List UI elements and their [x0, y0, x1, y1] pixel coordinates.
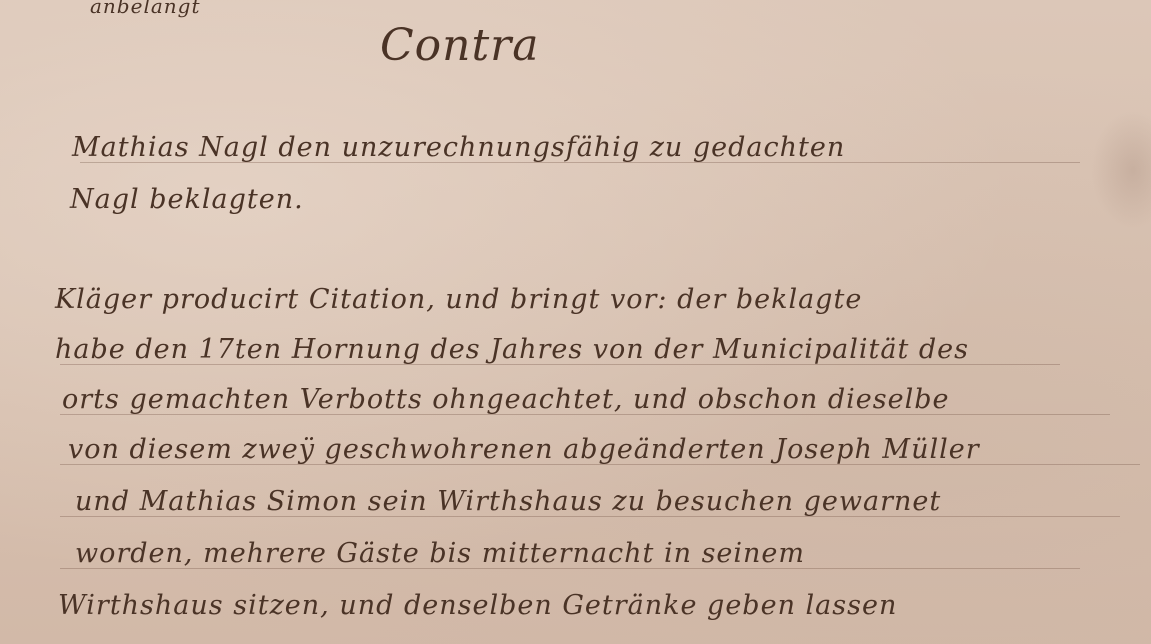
- text-line-8: worden, mehrere Gäste bis mitternacht in…: [75, 538, 805, 569]
- top-fragment-text: anbelangt: [90, 0, 200, 18]
- text-line-3: Kläger producirt Citation, und bringt vo…: [55, 284, 862, 315]
- text-line-9: Wirthshaus sitzen, und denselben Getränk…: [58, 590, 897, 621]
- text-line-2: Nagl beklagten.: [70, 184, 304, 215]
- text-line-1: Mathias Nagl den unzurechnungsfähig zu g…: [72, 132, 845, 163]
- manuscript-page: anbelangt Contra Mathias Nagl den unzure…: [0, 0, 1151, 644]
- text-line-5: orts gemachten Verbotts ohngeachtet, und…: [62, 384, 949, 415]
- text-line-4: habe den 17ten Hornung des Jahres von de…: [55, 334, 969, 365]
- document-heading: Contra: [380, 20, 539, 71]
- paper-stain: [1091, 110, 1151, 230]
- text-line-6: von diesem zweÿ geschwohrenen abgeändert…: [68, 434, 980, 465]
- text-line-7: und Mathias Simon sein Wirthshaus zu bes…: [75, 486, 941, 517]
